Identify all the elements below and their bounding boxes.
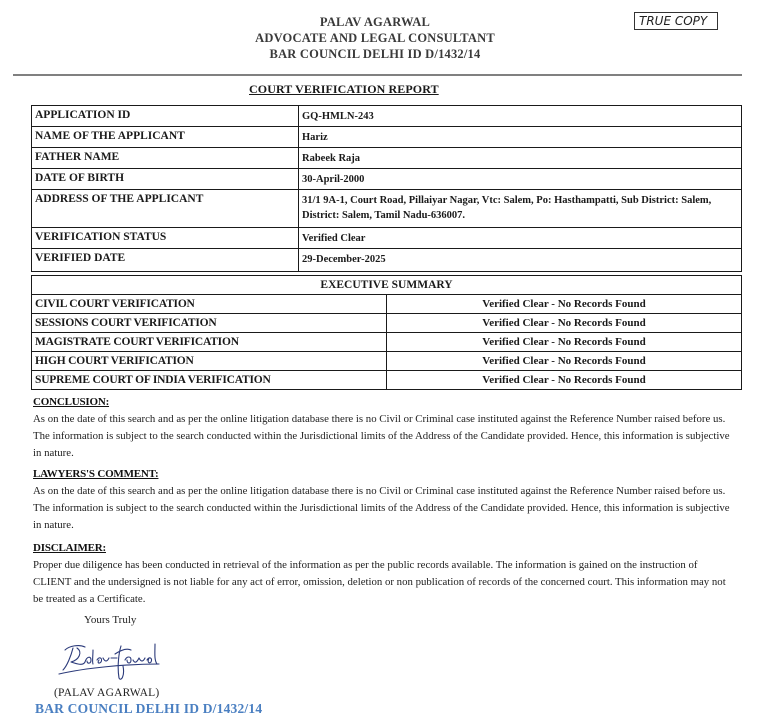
letterhead: PALAV AGARWAL ADVOCATE AND LEGAL CONSULT… [230,14,520,62]
table-row: APPLICATION ID GQ-HMLN-243 [32,106,742,127]
field-value: 31/1 9A-1, Court Road, Pillaiyar Nagar, … [299,190,742,228]
executive-summary-header: EXECUTIVE SUMMARY [32,276,742,295]
court-label: MAGISTRATE COURT VERIFICATION [32,333,387,352]
field-label: FATHER NAME [32,148,299,169]
disclaimer-heading: DISCLAIMER: [33,540,733,557]
table-row: CIVIL COURT VERIFICATION Verified Clear … [32,295,742,314]
court-result: Verified Clear - No Records Found [387,371,742,390]
table-row: DATE OF BIRTH 30-April-2000 [32,169,742,190]
advocate-bar-id: BAR COUNCIL DELHI ID D/1432/14 [230,46,520,62]
lawyers-comment-section: LAWYERS'S COMMENT: As on the date of thi… [33,466,733,534]
field-label: NAME OF THE APPLICANT [32,127,299,148]
field-label: VERIFIED DATE [32,249,299,272]
field-value: 29-December-2025 [299,249,742,272]
disclaimer-text: Proper due diligence has been conducted … [33,557,733,608]
court-label: CIVIL COURT VERIFICATION [32,295,387,314]
lawyers-comment-heading: LAWYERS'S COMMENT: [33,466,733,483]
table-row: SUPREME COURT OF INDIA VERIFICATION Veri… [32,371,742,390]
table-header-row: EXECUTIVE SUMMARY [32,276,742,295]
conclusion-text: As on the date of this search and as per… [33,411,733,462]
applicant-info-table: APPLICATION ID GQ-HMLN-243 NAME OF THE A… [31,105,742,272]
field-value: Verified Clear [299,228,742,249]
court-label: SESSIONS COURT VERIFICATION [32,314,387,333]
table-row: ADDRESS OF THE APPLICANT 31/1 9A-1, Cour… [32,190,742,228]
table-row: SESSIONS COURT VERIFICATION Verified Cle… [32,314,742,333]
court-result: Verified Clear - No Records Found [387,352,742,371]
court-label: SUPREME COURT OF INDIA VERIFICATION [32,371,387,390]
executive-summary-table: EXECUTIVE SUMMARY CIVIL COURT VERIFICATI… [31,275,742,390]
table-row: VERIFICATION STATUS Verified Clear [32,228,742,249]
field-label: ADDRESS OF THE APPLICANT [32,190,299,228]
court-label: HIGH COURT VERIFICATION [32,352,387,371]
field-label: DATE OF BIRTH [32,169,299,190]
closing-text: Yours Truly [84,614,136,626]
report-title: COURT VERIFICATION REPORT [249,82,439,97]
disclaimer-section: DISCLAIMER: Proper due diligence has bee… [33,540,733,608]
field-value: Rabeek Raja [299,148,742,169]
conclusion-heading: CONCLUSION: [33,394,733,411]
header-divider [13,74,742,76]
court-result: Verified Clear - No Records Found [387,295,742,314]
true-copy-stamp: TRUE COPY [634,12,718,30]
signatory-bar-id: BAR COUNCIL DELHI ID D/1432/14 [35,701,262,717]
table-row: MAGISTRATE COURT VERIFICATION Verified C… [32,333,742,352]
field-value: 30-April-2000 [299,169,742,190]
table-row: FATHER NAME Rabeek Raja [32,148,742,169]
conclusion-section: CONCLUSION: As on the date of this searc… [33,394,733,462]
field-label: APPLICATION ID [32,106,299,127]
lawyers-comment-text: As on the date of this search and as per… [33,483,733,534]
table-row: HIGH COURT VERIFICATION Verified Clear -… [32,352,742,371]
table-row: NAME OF THE APPLICANT Hariz [32,127,742,148]
signatory-name: (PALAV AGARWAL) [54,687,159,699]
table-row: VERIFIED DATE 29-December-2025 [32,249,742,272]
field-value: GQ-HMLN-243 [299,106,742,127]
signature-icon [55,636,165,688]
advocate-name: PALAV AGARWAL [230,14,520,30]
advocate-title: ADVOCATE AND LEGAL CONSULTANT [230,30,520,46]
field-label: VERIFICATION STATUS [32,228,299,249]
court-result: Verified Clear - No Records Found [387,333,742,352]
court-result: Verified Clear - No Records Found [387,314,742,333]
field-value: Hariz [299,127,742,148]
